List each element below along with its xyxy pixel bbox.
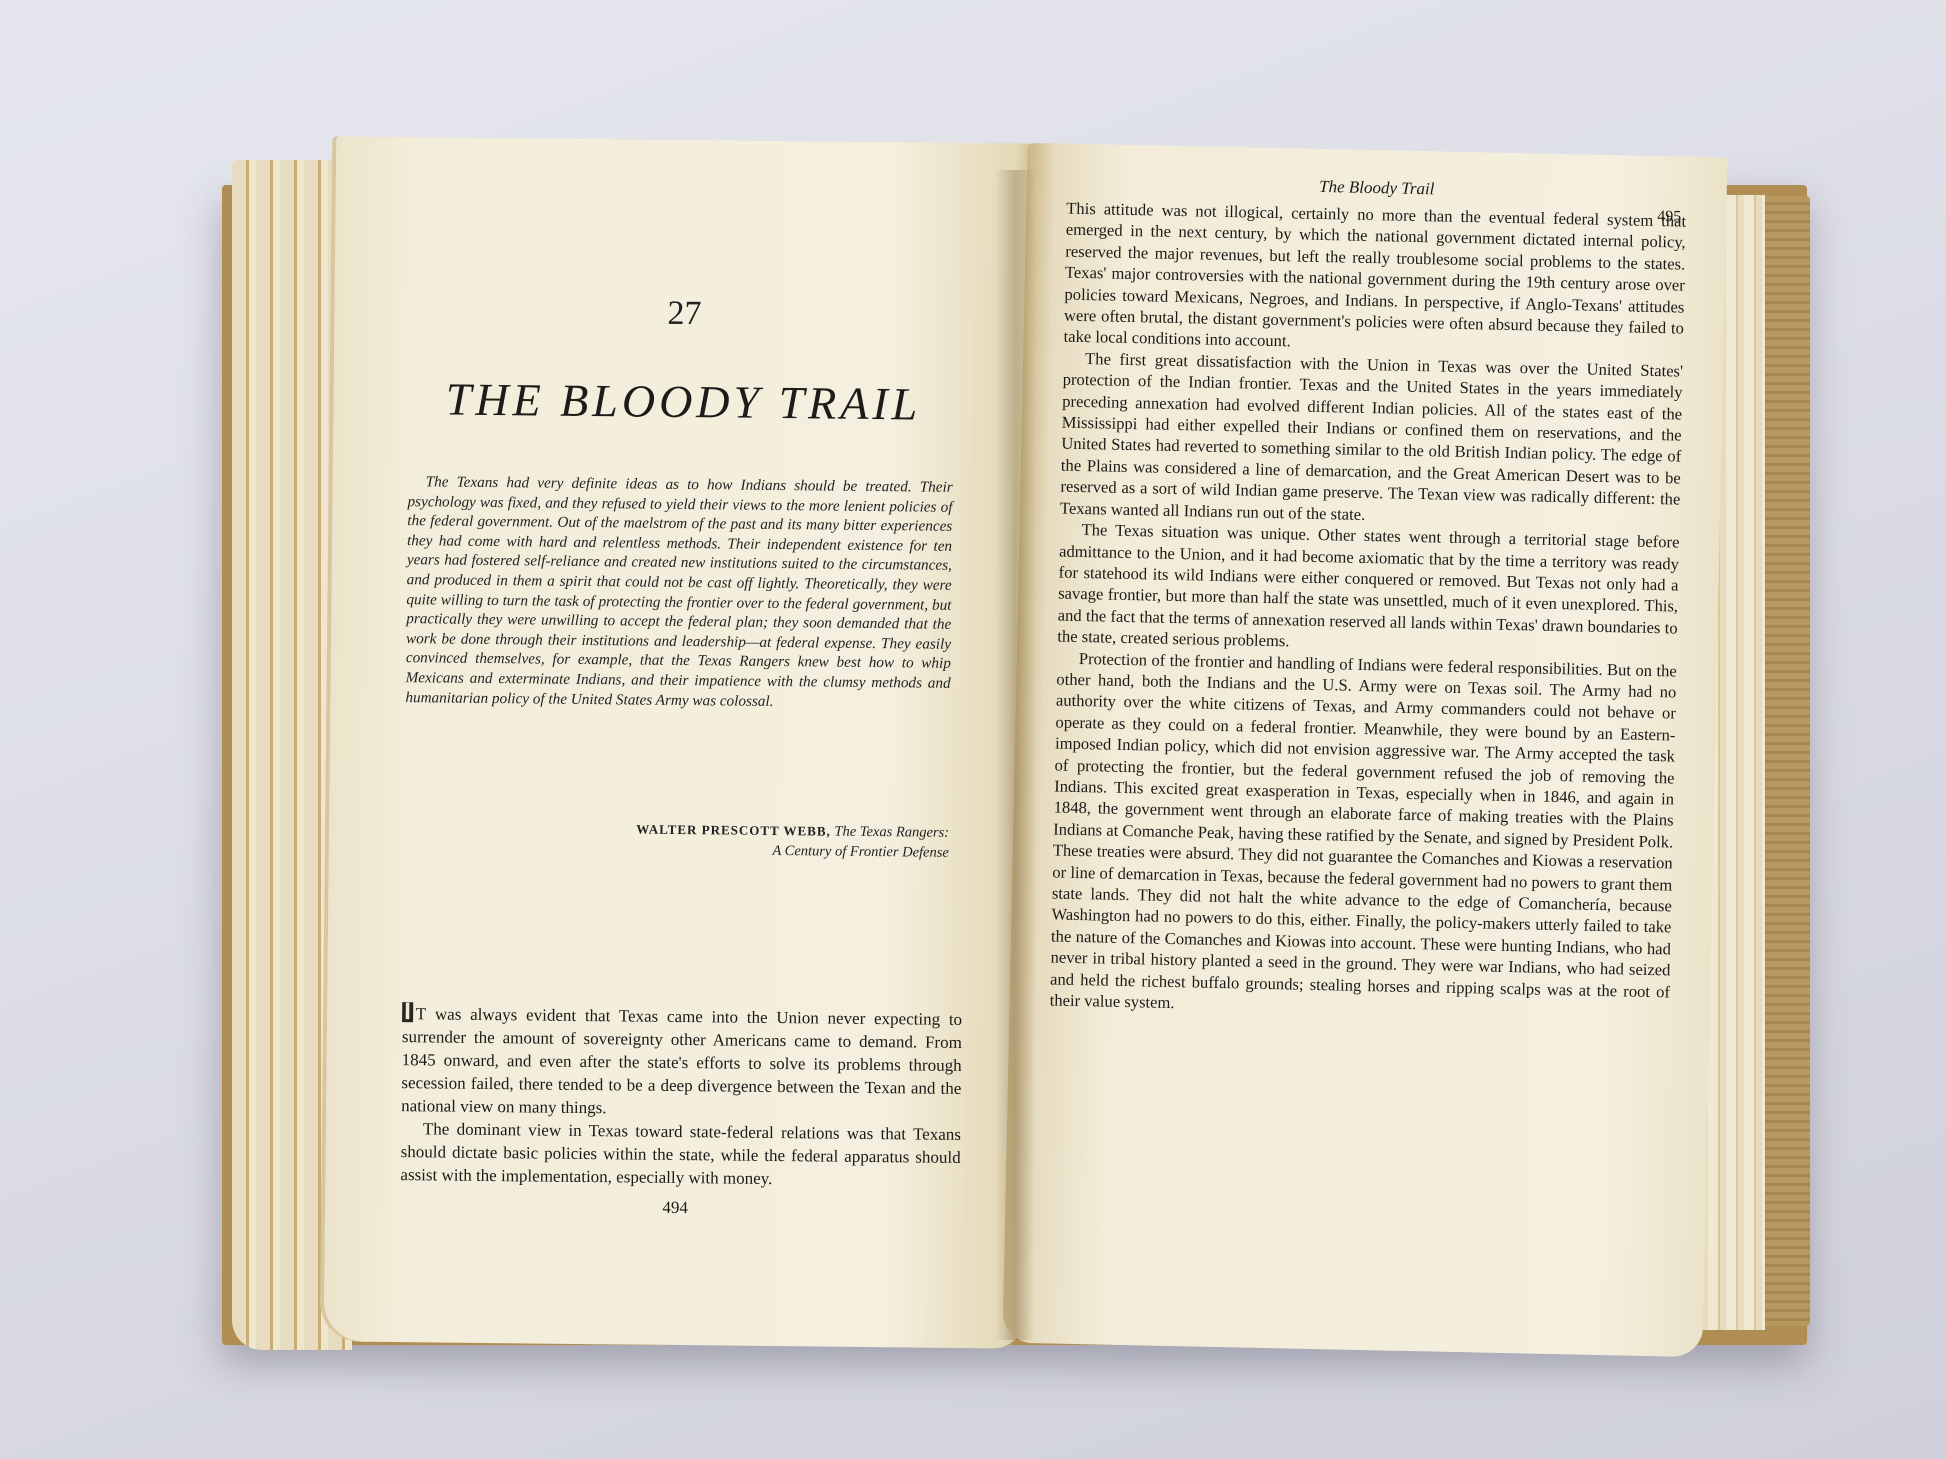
paragraph-text: was always evident that Texas came into …: [401, 1004, 962, 1117]
paragraph: Protection of the frontier and handling …: [1049, 647, 1676, 1024]
attribution-author: WALTER PRESCOTT WEBB,: [636, 822, 831, 839]
drop-cap: I: [402, 1002, 413, 1022]
book-gutter: [995, 170, 1035, 1340]
chapter-number: 27: [334, 291, 1034, 336]
right-body-text: This attitude was not illogical, certain…: [1049, 198, 1686, 1024]
attribution-work-line1: The Texas Rangers:: [834, 824, 949, 841]
book-cover-edge: [1760, 196, 1810, 1326]
page-number: 494: [325, 1194, 1025, 1221]
paragraph: The first great dissatisfaction with the…: [1060, 347, 1683, 531]
attribution-work-line2: A Century of Frontier Defense: [429, 837, 949, 862]
epigraph: The Texans had very definite ideas as to…: [405, 472, 952, 713]
paragraph: This attitude was not illogical, certain…: [1063, 198, 1686, 361]
drop-cap-rest: T: [416, 1004, 427, 1023]
paragraph: The dominant view in Texas toward state-…: [400, 1117, 961, 1192]
paragraph: The Texas situation was unique. Other st…: [1057, 519, 1680, 660]
left-body-text: IT was always evident that Texas came in…: [400, 1002, 962, 1192]
paragraph: IT was always evident that Texas came in…: [401, 1002, 962, 1123]
chapter-title: THE BLOODY TRAIL: [333, 371, 1034, 431]
left-page: 27 THE BLOODY TRAIL The Texans had very …: [324, 136, 1037, 1348]
epigraph-attribution: WALTER PRESCOTT WEBB, The Texas Rangers:…: [429, 817, 949, 862]
right-page: The Bloody Trail 495 This attitude was n…: [1003, 143, 1728, 1357]
